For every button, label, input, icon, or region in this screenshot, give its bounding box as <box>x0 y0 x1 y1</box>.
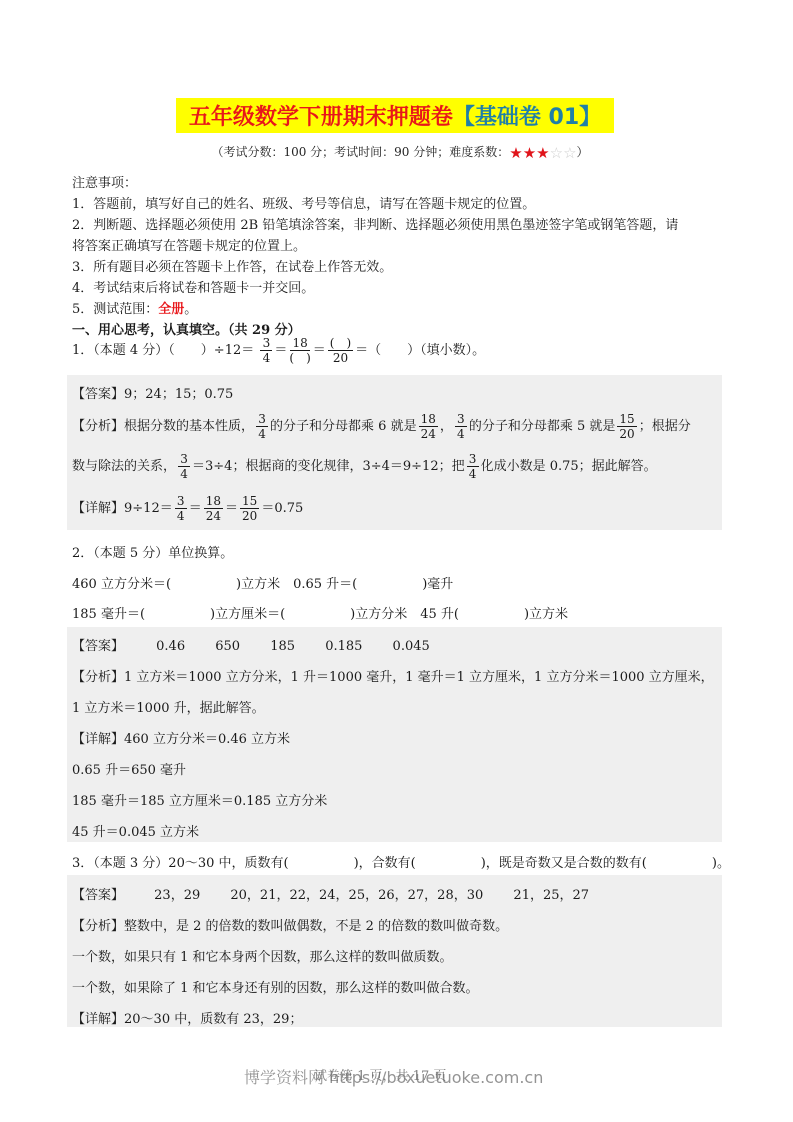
analysis-label: 【分析】 <box>72 670 124 685</box>
detail-label: 【详解】 <box>72 501 124 516</box>
star-filled-icon: ★ <box>536 144 549 162</box>
analysis-text: 整数中，是 2 的倍数的数叫做偶数，不是 2 的倍数的数叫做奇数。 <box>124 919 508 934</box>
star-filled-icon: ★ <box>523 144 536 162</box>
denominator: 20 <box>242 509 257 522</box>
equals: ＝ <box>313 343 326 358</box>
exam-title-bracket: 【基础卷 01】 <box>453 100 601 131</box>
denominator: 4 <box>180 467 188 480</box>
q2-detail-line: 185 毫升＝185 立方厘米＝0.185 立方分米 <box>72 790 327 809</box>
detail-text: 20～30 中，质数有 23，29； <box>124 1012 302 1027</box>
fraction: 18( ) <box>289 337 310 364</box>
numerator: 18 <box>419 413 438 427</box>
fraction: 34 <box>467 453 479 480</box>
detail-text: 460 立方分米＝0.46 立方米 <box>124 732 290 747</box>
exam-info-suffix: ） <box>577 145 589 159</box>
fraction: 1520 <box>240 495 259 522</box>
fraction: 1824 <box>419 413 438 440</box>
fraction: 34 <box>260 337 272 364</box>
notice-item: 将答案正确填写在答题卡规定的位置上。 <box>72 235 306 254</box>
fraction: 34 <box>256 413 268 440</box>
q2-detail: 【详解】460 立方分米＝0.46 立方米 <box>72 728 290 747</box>
q1-analysis-line1: 【分析】根据分数的基本性质，34的分子和分母都乘 6 就是1824，34的分子和… <box>72 413 691 440</box>
numerator: 18 <box>290 337 309 351</box>
answer-value: 650 <box>215 639 240 654</box>
denominator: 20 <box>333 351 348 364</box>
page-number: 试卷第 1 页，共 17 页 <box>314 1065 446 1084</box>
numerator: 3 <box>178 453 190 467</box>
q2-line2: 185 毫升＝( )立方厘米＝( )立方分米 45 升( )立方米 <box>72 603 568 622</box>
analysis-label: 【分析】 <box>72 419 124 434</box>
detail-label: 【详解】 <box>72 1012 124 1027</box>
numerator: ( ) <box>328 337 353 351</box>
answer-value: 185 <box>270 639 295 654</box>
fraction: 34 <box>455 413 467 440</box>
q2-analysis-line1: 【分析】1 立方米＝1000 立方分米，1 升＝1000 毫升，1 毫升＝1 立… <box>72 666 714 685</box>
analysis-text: 根据分数的基本性质， <box>124 419 254 434</box>
fraction: 1824 <box>204 495 223 522</box>
exam-info-text: （考试分数：100 分；考试时间：90 分钟；难度系数： <box>211 145 509 159</box>
answer-value: 20，21，22，24，25，26，27，28，30 <box>230 888 483 903</box>
analysis-text: 数与除法的关系， <box>72 459 176 474</box>
q1-suffix: ＝（ ）（填小数）。 <box>355 343 485 358</box>
notice-heading: 注意事项： <box>72 172 137 191</box>
fraction: 1520 <box>617 413 636 440</box>
scope-label: 5．测试范围： <box>72 302 158 317</box>
notice-item: 3．所有题目必须在答题卡上作答，在试卷上作答无效。 <box>72 256 392 275</box>
question-2: 2．（本题 5 分）单位换算。 <box>72 542 233 561</box>
answer-value: 21，25，27 <box>513 888 589 903</box>
numerator: 3 <box>455 413 467 427</box>
q2-analysis-line2: 1 立方米＝1000 升，据此解答。 <box>72 697 265 716</box>
detail-text: ＝0.75 <box>261 501 303 516</box>
analysis-label: 【分析】 <box>72 919 124 934</box>
q1-analysis-line2: 数与除法的关系，34＝3÷4；根据商的变化规律，3÷4＝9÷12；把34化成小数… <box>72 453 657 480</box>
star-empty-icon: ☆ <box>563 144 576 162</box>
analysis-text: ；根据分 <box>639 419 691 434</box>
answer-label: 【答案】 <box>72 888 124 903</box>
notice-item: 2．判断题、选择题必须使用 2B 铅笔填涂答案，非判断、选择题必须使用黑色墨迹签… <box>72 214 678 233</box>
denominator: 24 <box>206 509 221 522</box>
fraction: ( )20 <box>328 337 353 364</box>
exam-title-main: 五年级数学下册期末押题卷 <box>189 100 453 131</box>
q2-detail-line: 0.65 升＝650 毫升 <box>72 759 186 778</box>
q3-answer: 【答案】 23，29 20，21，22，24，25，26，27，28，30 21… <box>72 884 589 903</box>
analysis-text: 化成小数是 0.75；据此解答。 <box>481 459 657 474</box>
q2-answer: 【答案】 0.46 650 185 0.185 0.045 <box>72 635 430 654</box>
star-empty-icon: ☆ <box>550 144 563 162</box>
numerator: 3 <box>467 453 479 467</box>
q1-answer: 【答案】9；24；15；0.75 <box>72 383 233 402</box>
q3-analysis-line1: 【分析】整数中，是 2 的倍数的数叫做偶数，不是 2 的倍数的数叫做奇数。 <box>72 915 508 934</box>
numerator: 3 <box>256 413 268 427</box>
notice-item: 4．考试结束后将试卷和答题卡一并交回。 <box>72 277 314 296</box>
analysis-text: 的分子和分母都乘 5 就是 <box>469 419 616 434</box>
answer-value: 0.46 <box>156 639 185 654</box>
analysis-text: 1 立方米＝1000 立方分米，1 升＝1000 毫升，1 毫升＝1 立方厘米，… <box>124 670 714 685</box>
exam-title-banner: 五年级数学下册期末押题卷【基础卷 01】 <box>176 98 614 133</box>
exam-info: （考试分数：100 分；考试时间：90 分钟；难度系数： ★★★☆☆ ） <box>180 143 620 161</box>
q2-line1: 460 立方分米＝( )立方米 0.65 升＝( )毫升 <box>72 573 453 592</box>
answer-value: 0.045 <box>393 639 430 654</box>
fraction: 34 <box>178 453 190 480</box>
equals: ＝ <box>274 343 287 358</box>
equals: ＝ <box>189 501 202 516</box>
scope-value: 全册 <box>158 302 184 317</box>
q3-analysis-line3: 一个数，如果除了 1 和它本身还有别的因数，那么这样的数叫做合数。 <box>72 977 479 996</box>
denominator: 4 <box>258 427 266 440</box>
numerator: 3 <box>260 337 272 351</box>
question-1: 1．（本题 4 分）（ ）÷12＝ 34＝18( )＝( )20＝（ ）（填小数… <box>72 337 485 364</box>
q3-detail: 【详解】20～30 中，质数有 23，29； <box>72 1008 302 1027</box>
question-3: 3．（本题 3 分）20～30 中，质数有( )，合数有( )，既是奇数又是合数… <box>72 852 730 871</box>
denominator: 4 <box>457 427 465 440</box>
numerator: 18 <box>204 495 223 509</box>
fraction: 34 <box>175 495 187 522</box>
analysis-text: ＝3÷4；根据商的变化规律，3÷4＝9÷12；把 <box>192 459 465 474</box>
analysis-text: 的分子和分母都乘 6 就是 <box>270 419 417 434</box>
denominator: 4 <box>469 467 477 480</box>
denominator: ( ) <box>289 351 310 364</box>
denominator: 24 <box>421 427 436 440</box>
equals: ＝ <box>225 501 238 516</box>
numerator: 15 <box>240 495 259 509</box>
answer-value: 9；24；15；0.75 <box>124 387 233 402</box>
q1-text: 1．（本题 4 分）（ ）÷12＝ <box>72 343 254 358</box>
notice-item: 1．答题前，填写好自己的姓名、班级、考号等信息，请写在答题卡规定的位置。 <box>72 193 535 212</box>
q1-detail: 【详解】9÷12＝34＝1824＝1520＝0.75 <box>72 495 303 522</box>
numerator: 3 <box>175 495 187 509</box>
detail-text: 9÷12＝ <box>124 501 173 516</box>
notice-scope: 5．测试范围：全册。 <box>72 298 197 317</box>
answer-value: 0.185 <box>325 639 362 654</box>
detail-label: 【详解】 <box>72 732 124 747</box>
q2-detail-line: 45 升＝0.045 立方米 <box>72 821 199 840</box>
q3-analysis-line2: 一个数，如果只有 1 和它本身两个因数，那么这样的数叫做质数。 <box>72 946 453 965</box>
answer-label: 【答案】 <box>72 387 124 402</box>
numerator: 15 <box>617 413 636 427</box>
answer-value: 23，29 <box>154 888 200 903</box>
analysis-text: ， <box>440 419 453 434</box>
denominator: 4 <box>263 351 271 364</box>
denominator: 20 <box>619 427 634 440</box>
answer-label: 【答案】 <box>72 639 124 654</box>
difficulty-stars: ★★★☆☆ <box>509 146 576 161</box>
scope-suffix: 。 <box>184 302 197 317</box>
denominator: 4 <box>177 509 185 522</box>
star-filled-icon: ★ <box>509 144 522 162</box>
